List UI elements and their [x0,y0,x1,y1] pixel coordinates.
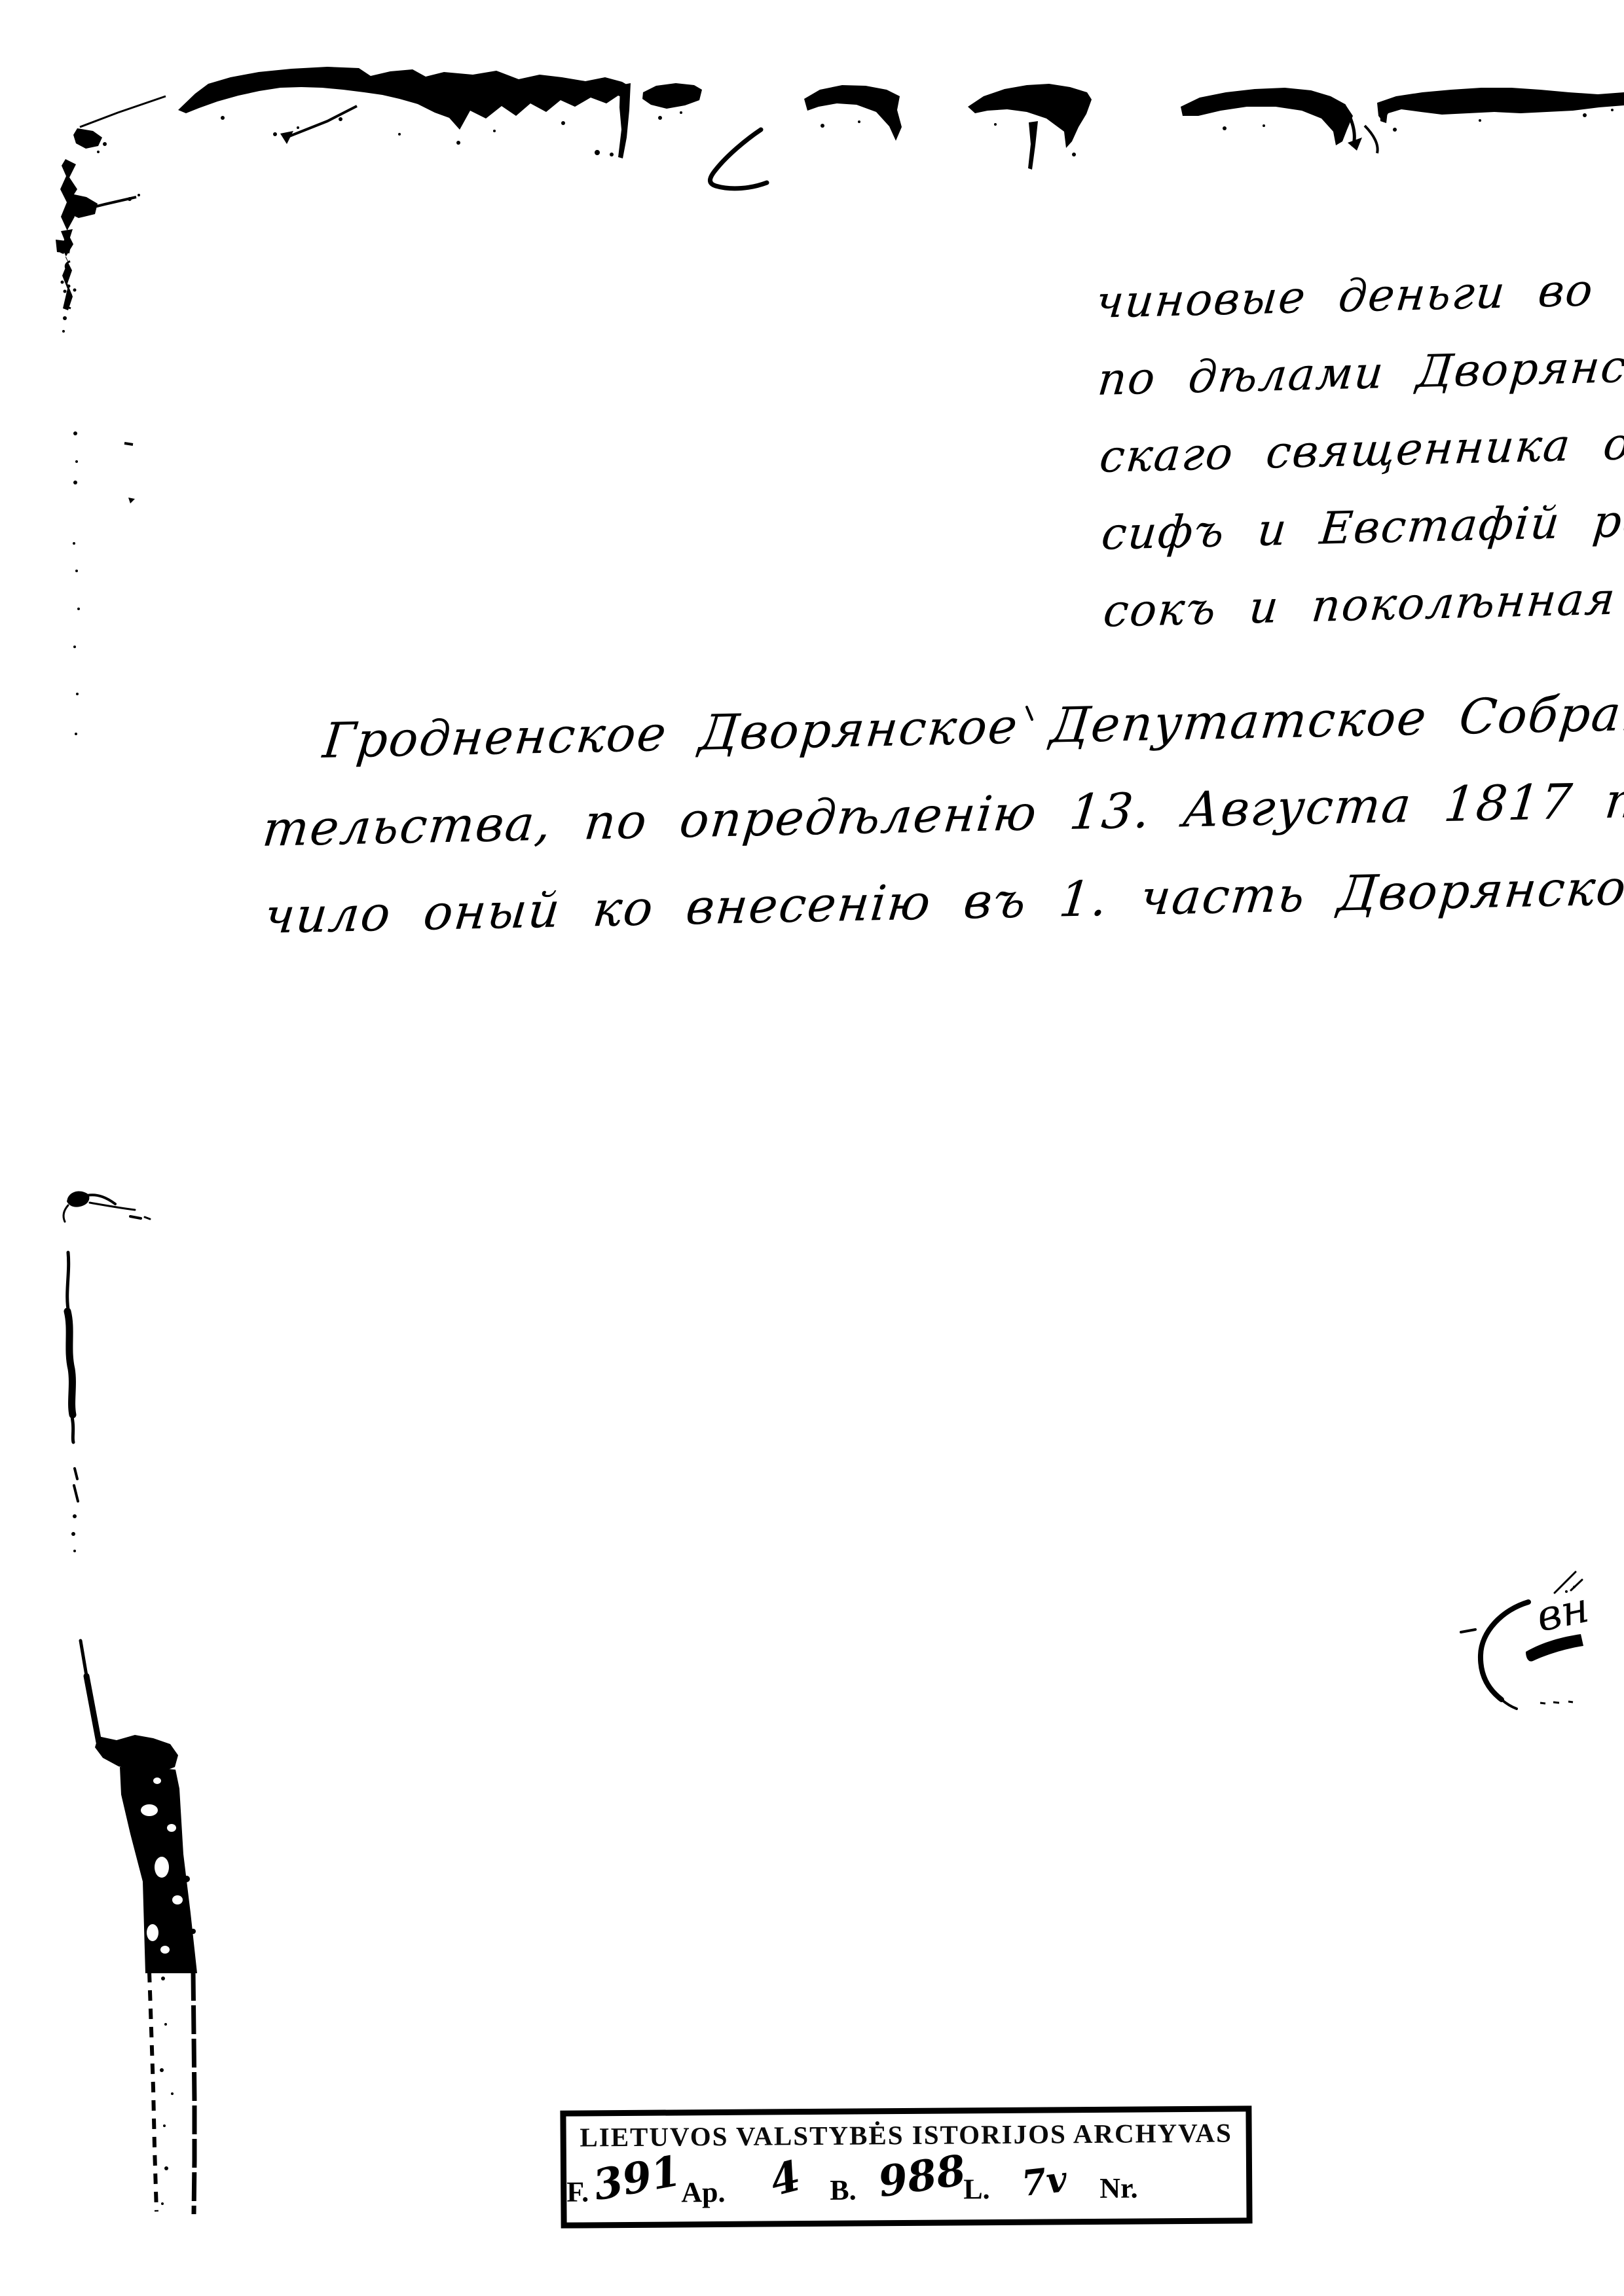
stamp-field-value-f: 391 [589,2146,684,2210]
handwriting-fragment-text: вн [1532,1584,1593,1642]
handwriting-line: по дѣлами Дворянств [1094,329,1624,419]
torn-edge-top [178,67,1624,189]
scanned-manuscript-page: вн чиновые деньги во по дѣлами Дворянств… [0,0,1624,2296]
stamp-field-value-b: 988 [875,2145,969,2207]
stamp-field-value-l: 7v [1020,2158,1069,2204]
ink-marks-top-left [56,96,166,735]
handwriting-line: сокъ и поколѣнная ро [1100,560,1624,651]
handwriting-paragraph: Гродненское Дворянское Депутатское Собра… [257,659,1624,987]
stamp-field-value-ap: 4 [765,2151,805,2206]
archive-stamp: LIETUVOS VALSTYBĖS ISTORIJOS ARCHYVAS F.… [560,2105,1252,2228]
stamp-field-label-nr: Nr. [1099,2172,1138,2205]
handwriting-line: чиновые деньги во [1092,251,1624,342]
crease-crack-left [67,1252,78,1552]
ink-smudge-mid-left [64,1192,150,1222]
stamp-field-label-b: B. [830,2174,857,2207]
handwriting-line: скаго священника отъ [1096,406,1624,496]
stamp-field-label-ap: Ap. [681,2176,726,2209]
handwriting-line: сифъ и Евстафій родил [1098,483,1624,574]
ink-streak-bottom-left [81,1641,197,2214]
stamp-field-label-f: F. [566,2175,589,2208]
handwriting-fragment-right: вн [1461,1572,1593,1709]
handwriting-block-top-right: чиновые деньги во по дѣлами Дворянств ск… [1092,251,1624,660]
stamp-field-label-l: L. [963,2172,990,2206]
